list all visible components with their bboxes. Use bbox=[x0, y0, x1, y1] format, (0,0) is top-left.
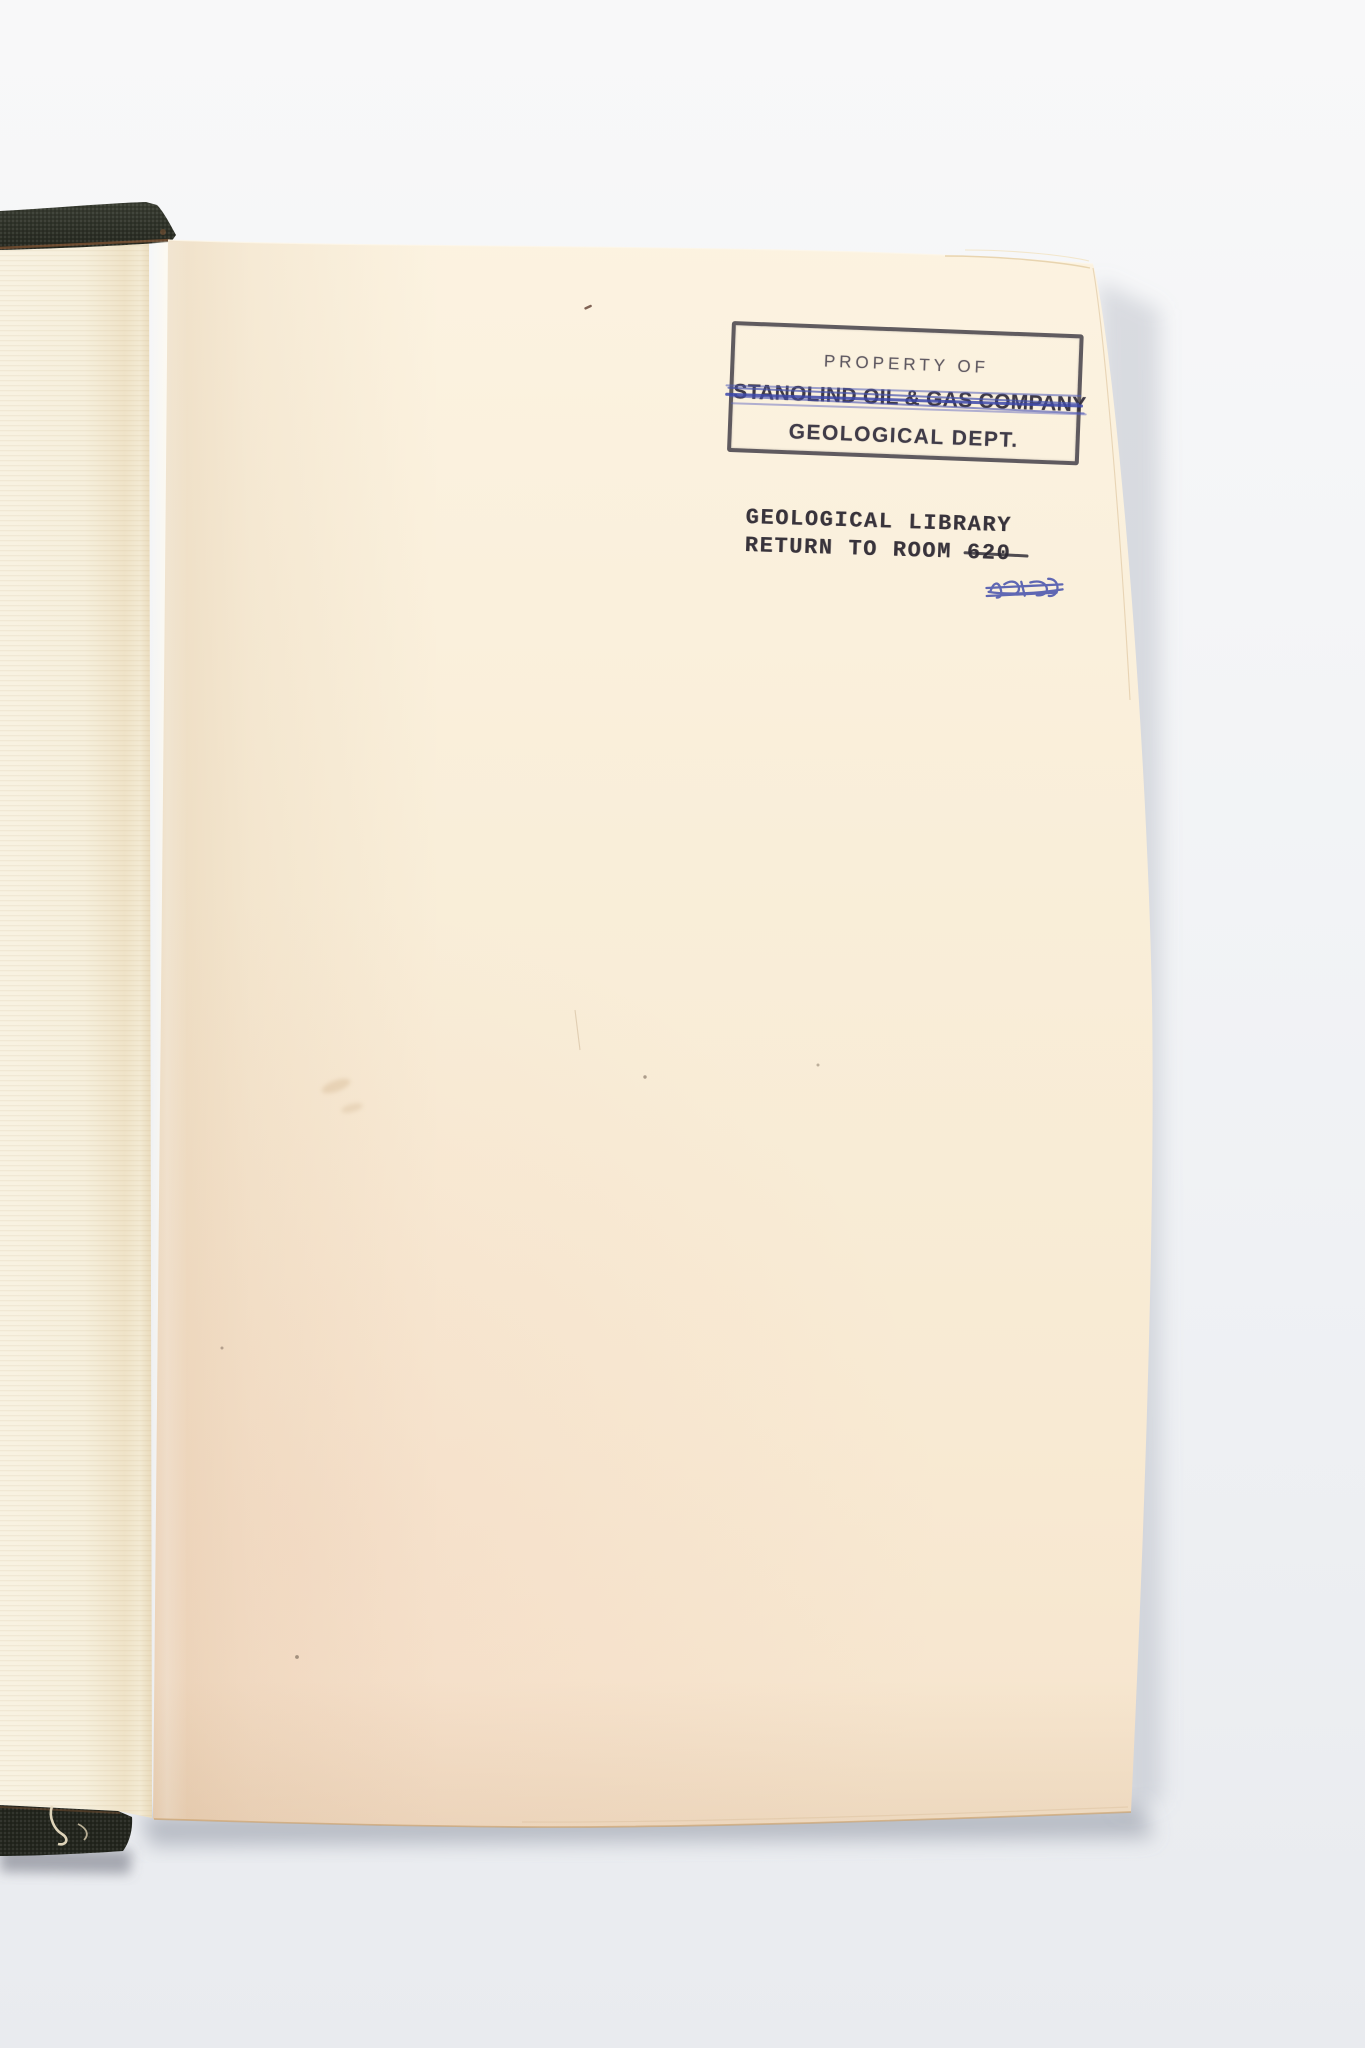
property-stamp: PROPERTY OF STANOLIND OIL & GAS COMPANY … bbox=[727, 321, 1084, 465]
flyleaf-page bbox=[152, 240, 1153, 1827]
typed-return-text: RETURN TO ROOM bbox=[744, 533, 952, 564]
page-edge-stack bbox=[0, 241, 152, 1818]
typed-library-note: GEOLOGICAL LIBRARY RETURN TO ROOM620 bbox=[744, 504, 1012, 568]
stamp-line-company: STANOLIND OIL & GAS COMPANY bbox=[733, 379, 1078, 418]
stamp-line-property-of: PROPERTY OF bbox=[734, 347, 1079, 382]
book-photo: PROPERTY OF STANOLIND OIL & GAS COMPANY … bbox=[0, 0, 1365, 2048]
cover-corner-stain bbox=[160, 229, 166, 235]
typed-room-number: 620 bbox=[966, 539, 1011, 568]
stamp-line-dept: GEOLOGICAL DEPT. bbox=[731, 417, 1076, 456]
stamp-company-text: STANOLIND OIL & GAS COMPANY bbox=[733, 380, 1087, 417]
book-cover-bottom bbox=[0, 1805, 132, 1856]
book-cover-top bbox=[0, 202, 176, 250]
book-artwork bbox=[0, 0, 1365, 2048]
